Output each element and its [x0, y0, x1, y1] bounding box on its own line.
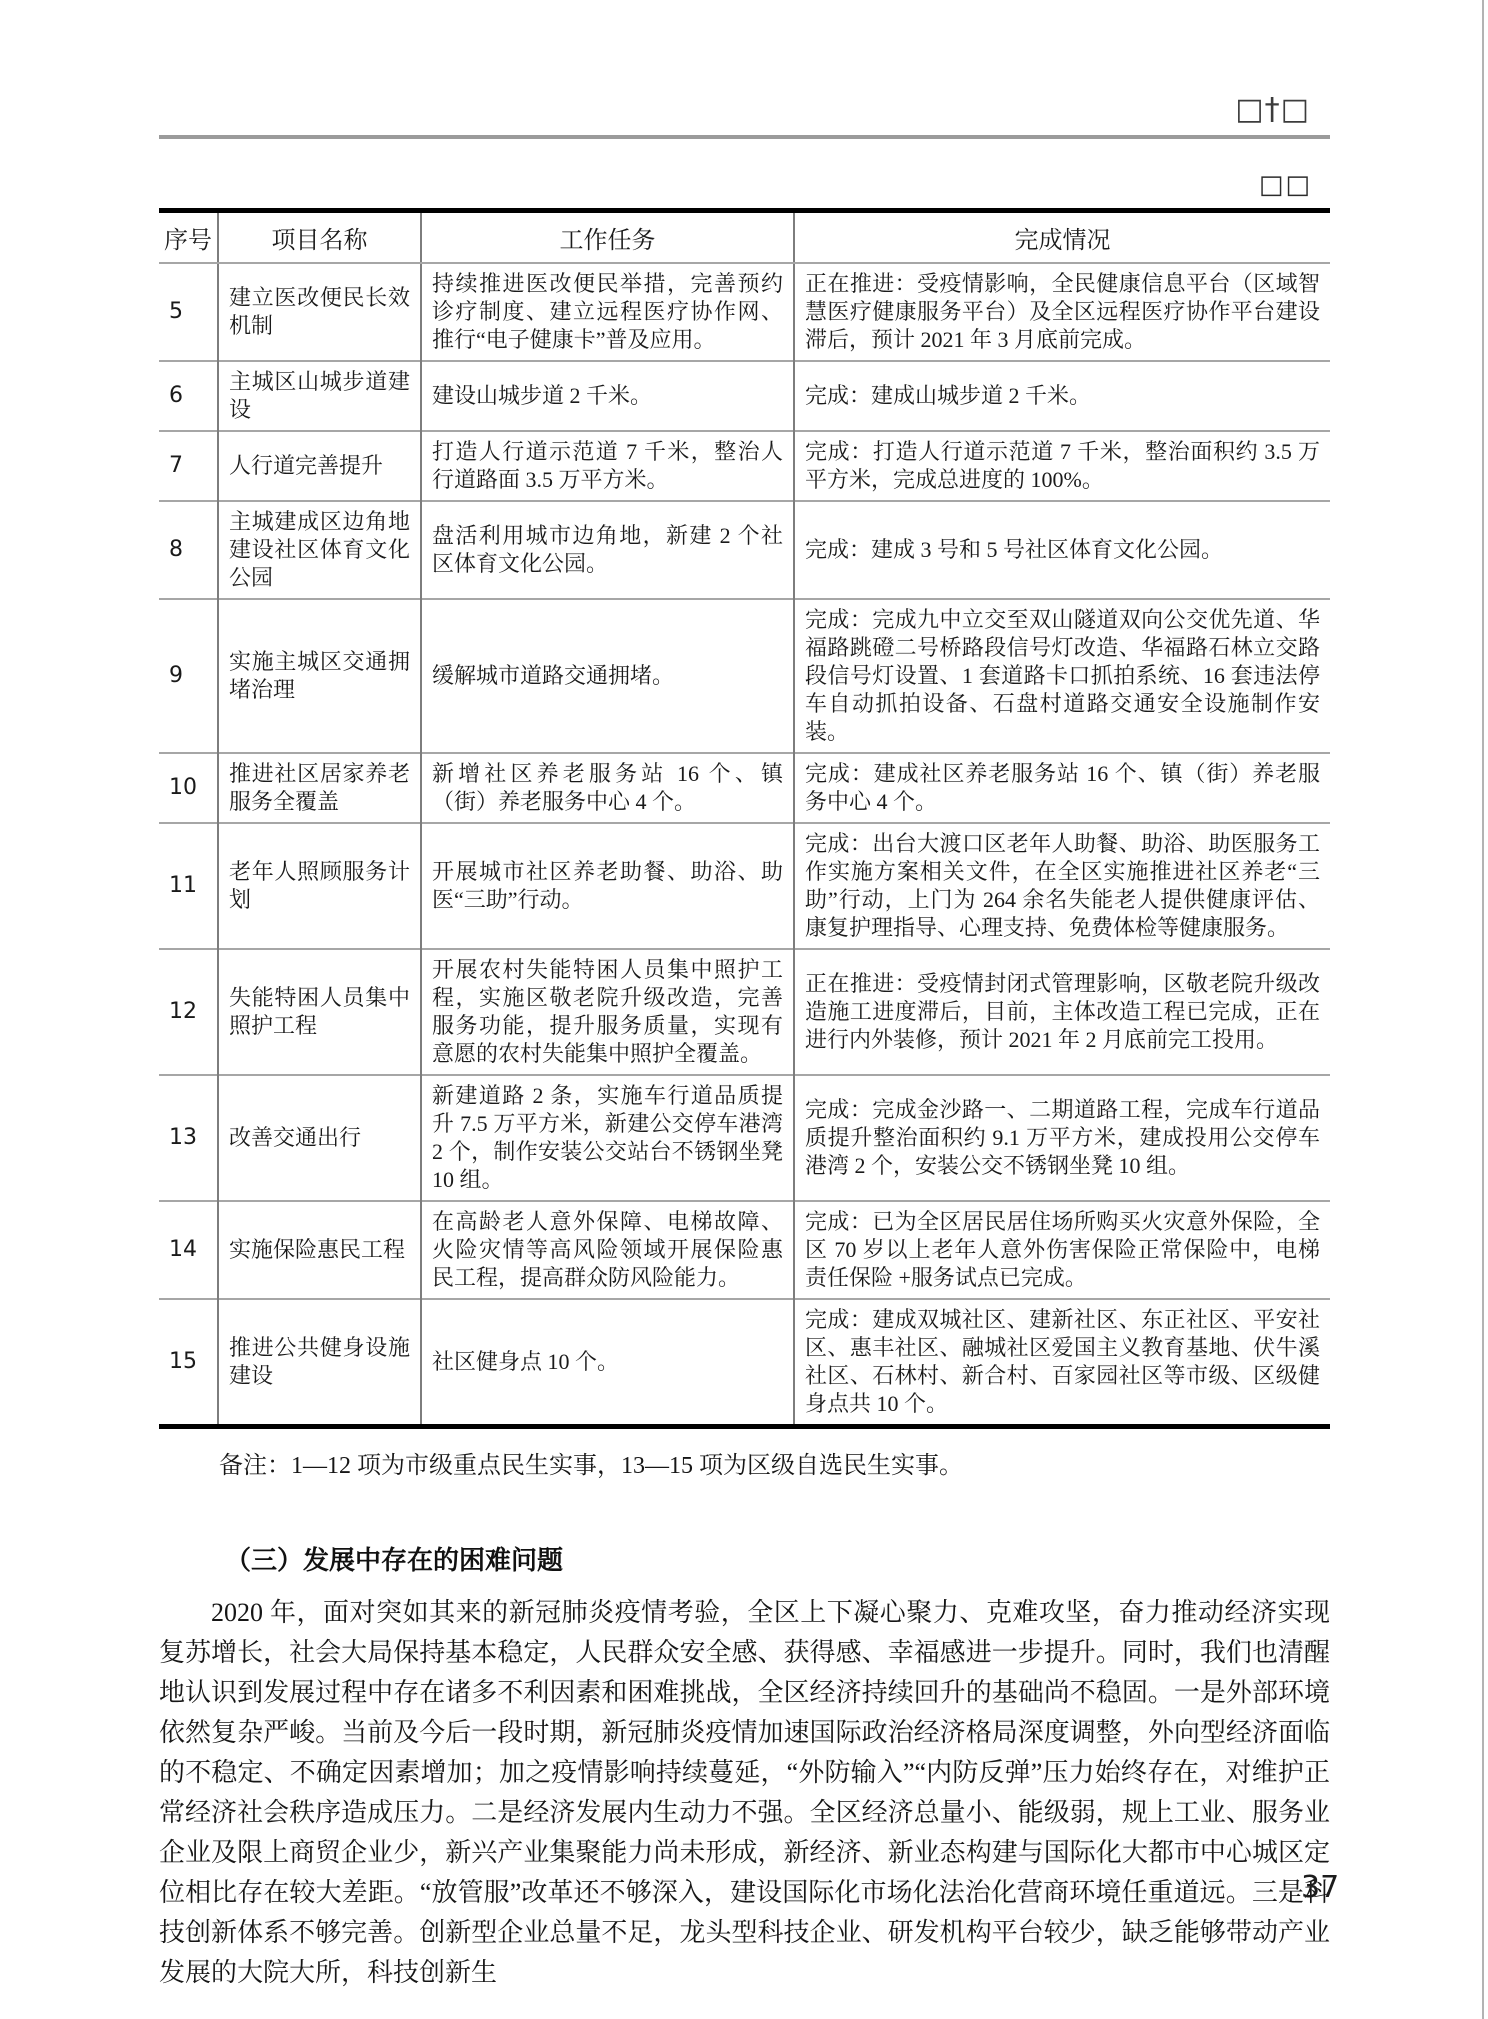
cell-task: 开展城市社区养老助餐、助浴、助医“三助”行动。 — [421, 823, 794, 949]
cell-no: 11 — [159, 823, 218, 949]
table-row: 15推进公共健身设施建设社区健身点 10 个。完成：建成双城社区、建新社区、东正… — [159, 1299, 1330, 1427]
cell-status: 完成：打造人行道示范道 7 千米，整治面积约 3.5 万平方米，完成总进度的 1… — [794, 431, 1330, 501]
col-header-task: 工作任务 — [421, 211, 794, 264]
page-header-marks: □†□ — [159, 92, 1310, 127]
table-row: 5建立医改便民长效机制持续推进医改便民举措，完善预约诊疗制度、建立远程医疗协作网… — [159, 263, 1330, 361]
header-rule-divider — [159, 135, 1330, 139]
cell-name: 主城建成区边角地建设社区体育文化公园 — [218, 501, 421, 599]
continued-table-marks: □□ — [159, 170, 1330, 208]
cell-status: 完成：出台大渡口区老年人助餐、助浴、助医服务工作实施方案相关文件，在全区实施推进… — [794, 823, 1330, 949]
table-note: 备注：1—12 项为市级重点民生实事，13—15 项为区级自选民生实事。 — [159, 1445, 1330, 1480]
table-row: 12失能特困人员集中照护工程开展农村失能特困人员集中照护工程，实施区敬老院升级改… — [159, 949, 1330, 1075]
cell-name: 推进社区居家养老服务全覆盖 — [218, 753, 421, 823]
cell-status: 完成：完成九中立交至双山隧道双向公交优先道、华福路跳磴二号桥路段信号灯改造、华福… — [794, 599, 1330, 753]
cell-status: 正在推进：受疫情影响，全民健康信息平台（区域智慧医疗健康服务平台）及全区远程医疗… — [794, 263, 1330, 361]
page-content: □□ 序号 项目名称 工作任务 完成情况 5建立医改便民长效机制持续推进医改便民… — [159, 170, 1330, 1993]
col-header-no: 序号 — [159, 211, 218, 264]
cell-name: 实施保险惠民工程 — [218, 1201, 421, 1299]
cell-status: 完成：建成社区养老服务站 16 个、镇（街）养老服务中心 4 个。 — [794, 753, 1330, 823]
projects-table: 序号 项目名称 工作任务 完成情况 5建立医改便民长效机制持续推进医改便民举措，… — [159, 208, 1330, 1429]
cell-name: 主城区山城步道建设 — [218, 361, 421, 431]
cell-status: 完成：建成双城社区、建新社区、东正社区、平安社区、惠丰社区、融城社区爱国主义教育… — [794, 1299, 1330, 1427]
cell-no: 6 — [159, 361, 218, 431]
projects-table-header: 序号 项目名称 工作任务 完成情况 — [159, 211, 1330, 264]
cell-task: 在高龄老人意外保障、电梯故障、火险灾情等高风险领域开展保险惠民工程，提高群众防风… — [421, 1201, 794, 1299]
cell-task: 打造人行道示范道 7 千米，整治人行道路面 3.5 万平方米。 — [421, 431, 794, 501]
cell-task: 盘活利用城市边角地，新建 2 个社区体育文化公园。 — [421, 501, 794, 599]
table-row: 6主城区山城步道建设建设山城步道 2 千米。完成：建成山城步道 2 千米。 — [159, 361, 1330, 431]
cell-name: 失能特困人员集中照护工程 — [218, 949, 421, 1075]
cell-task: 建设山城步道 2 千米。 — [421, 361, 794, 431]
document-page: □†□ □□ 序号 项目名称 工作任务 完成情况 5建立医改便民长效机制持续推进… — [0, 0, 1488, 2019]
cell-task: 社区健身点 10 个。 — [421, 1299, 794, 1427]
cell-no: 10 — [159, 753, 218, 823]
table-row: 7人行道完善提升打造人行道示范道 7 千米，整治人行道路面 3.5 万平方米。完… — [159, 431, 1330, 501]
cell-task: 新建道路 2 条，实施车行道品质提升 7.5 万平方米，新建公交停车港湾 2 个… — [421, 1075, 794, 1201]
cell-task: 持续推进医改便民举措，完善预约诊疗制度、建立远程医疗协作网、推行“电子健康卡”普… — [421, 263, 794, 361]
table-rows: 5建立医改便民长效机制持续推进医改便民举措，完善预约诊疗制度、建立远程医疗协作网… — [159, 263, 1330, 1427]
table-row: 8主城建成区边角地建设社区体育文化公园盘活利用城市边角地，新建 2 个社区体育文… — [159, 501, 1330, 599]
col-header-name: 项目名称 — [218, 211, 421, 264]
page-edge-line — [1482, 0, 1484, 2019]
cell-no: 15 — [159, 1299, 218, 1427]
cell-no: 14 — [159, 1201, 218, 1299]
cell-no: 9 — [159, 599, 218, 753]
cell-name: 改善交通出行 — [218, 1075, 421, 1201]
cell-name: 老年人照顾服务计划 — [218, 823, 421, 949]
cell-name: 推进公共健身设施建设 — [218, 1299, 421, 1427]
cell-name: 人行道完善提升 — [218, 431, 421, 501]
table-row: 14实施保险惠民工程在高龄老人意外保障、电梯故障、火险灾情等高风险领域开展保险惠… — [159, 1201, 1330, 1299]
table-row: 10推进社区居家养老服务全覆盖新增社区养老服务站 16 个、镇（街）养老服务中心… — [159, 753, 1330, 823]
table-row: 13改善交通出行新建道路 2 条，实施车行道品质提升 7.5 万平方米，新建公交… — [159, 1075, 1330, 1201]
cell-task: 新增社区养老服务站 16 个、镇（街）养老服务中心 4 个。 — [421, 753, 794, 823]
cell-task: 缓解城市道路交通拥堵。 — [421, 599, 794, 753]
cell-status: 完成：完成金沙路一、二期道路工程，完成车行道品质提升整治面积约 9.1 万平方米… — [794, 1075, 1330, 1201]
cell-status: 完成：建成山城步道 2 千米。 — [794, 361, 1330, 431]
cell-no: 12 — [159, 949, 218, 1075]
cell-no: 7 — [159, 431, 218, 501]
col-header-status: 完成情况 — [794, 211, 1330, 264]
table-row: 11老年人照顾服务计划开展城市社区养老助餐、助浴、助医“三助”行动。完成：出台大… — [159, 823, 1330, 949]
cell-name: 建立医改便民长效机制 — [218, 263, 421, 361]
cell-status: 完成：已为全区居民居住场所购买火灾意外保险，全区 70 岁以上老年人意外伤害保险… — [794, 1201, 1330, 1299]
page-number: 37 — [1301, 1870, 1339, 1905]
cell-no: 5 — [159, 263, 218, 361]
cell-status: 正在推进：受疫情封闭式管理影响，区敬老院升级改造施工进度滞后，目前，主体改造工程… — [794, 949, 1330, 1075]
cell-status: 完成：建成 3 号和 5 号社区体育文化公园。 — [794, 501, 1330, 599]
body-paragraph: 2020 年，面对突如其来的新冠肺炎疫情考验，全区上下凝心聚力、克难攻坚，奋力推… — [159, 1593, 1330, 1993]
section-heading: （三）发展中存在的困难问题 — [159, 1540, 1330, 1577]
table-row: 9实施主城区交通拥堵治理缓解城市道路交通拥堵。完成：完成九中立交至双山隧道双向公… — [159, 599, 1330, 753]
header-row: 序号 项目名称 工作任务 完成情况 — [159, 211, 1330, 264]
cell-no: 13 — [159, 1075, 218, 1201]
cell-task: 开展农村失能特困人员集中照护工程，实施区敬老院升级改造，完善服务功能，提升服务质… — [421, 949, 794, 1075]
cell-name: 实施主城区交通拥堵治理 — [218, 599, 421, 753]
cell-no: 8 — [159, 501, 218, 599]
